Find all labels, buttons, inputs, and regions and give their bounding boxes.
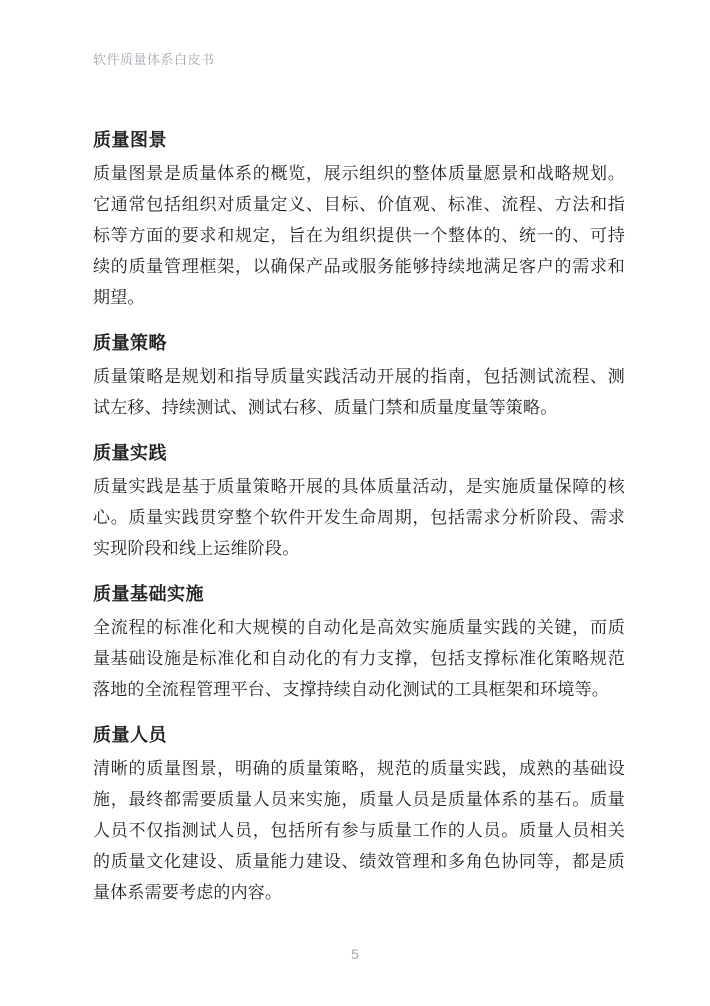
section-heading: 质量策略 xyxy=(93,331,625,355)
running-header: 软件质量体系白皮书 xyxy=(93,50,625,70)
document-body: 质量图景 质量图景是质量体系的概览，展示组织的整体质量愿景和战略规划。它通常包括… xyxy=(93,128,625,908)
document-page: 软件质量体系白皮书 质量图景 质量图景是质量体系的概览，展示组织的整体质量愿景和… xyxy=(0,0,710,1006)
section-heading: 质量实践 xyxy=(93,441,625,465)
section-quality-strategy: 质量策略 质量策略是规划和指导质量实践活动开展的指南，包括测试流程、测试左移、持… xyxy=(93,331,625,423)
section-quality-landscape: 质量图景 质量图景是质量体系的概览，展示组织的整体质量愿景和战略规划。它通常包括… xyxy=(93,128,625,313)
section-paragraph: 质量实践是基于质量策略开展的具体质量活动，是实施质量保障的核心。质量实践贯穿整个… xyxy=(93,471,625,564)
page-content: 软件质量体系白皮书 质量图景 质量图景是质量体系的概览，展示组织的整体质量愿景和… xyxy=(0,0,710,908)
section-paragraph: 质量图景是质量体系的概览，展示组织的整体质量愿景和战略规划。它通常包括组织对质量… xyxy=(93,158,625,313)
section-heading: 质量图景 xyxy=(93,128,625,152)
page-number: 5 xyxy=(351,946,359,962)
section-heading: 质量人员 xyxy=(93,723,625,747)
section-quality-infrastructure: 质量基础实施 全流程的标准化和大规模的自动化是高效实施质量实践的关键，而质量基础… xyxy=(93,582,625,705)
section-quality-personnel: 质量人员 清晰的质量图景，明确的质量策略，规范的质量实践，成熟的基础设施，最终都… xyxy=(93,723,625,908)
section-paragraph: 全流程的标准化和大规模的自动化是高效实施质量实践的关键，而质量基础设施是标准化和… xyxy=(93,612,625,705)
section-heading: 质量基础实施 xyxy=(93,582,625,606)
page-footer: 5 xyxy=(0,946,710,964)
section-paragraph: 清晰的质量图景，明确的质量策略，规范的质量实践，成熟的基础设施，最终都需要质量人… xyxy=(93,753,625,908)
section-paragraph: 质量策略是规划和指导质量实践活动开展的指南，包括测试流程、测试左移、持续测试、测… xyxy=(93,361,625,423)
section-quality-practice: 质量实践 质量实践是基于质量策略开展的具体质量活动，是实施质量保障的核心。质量实… xyxy=(93,441,625,564)
